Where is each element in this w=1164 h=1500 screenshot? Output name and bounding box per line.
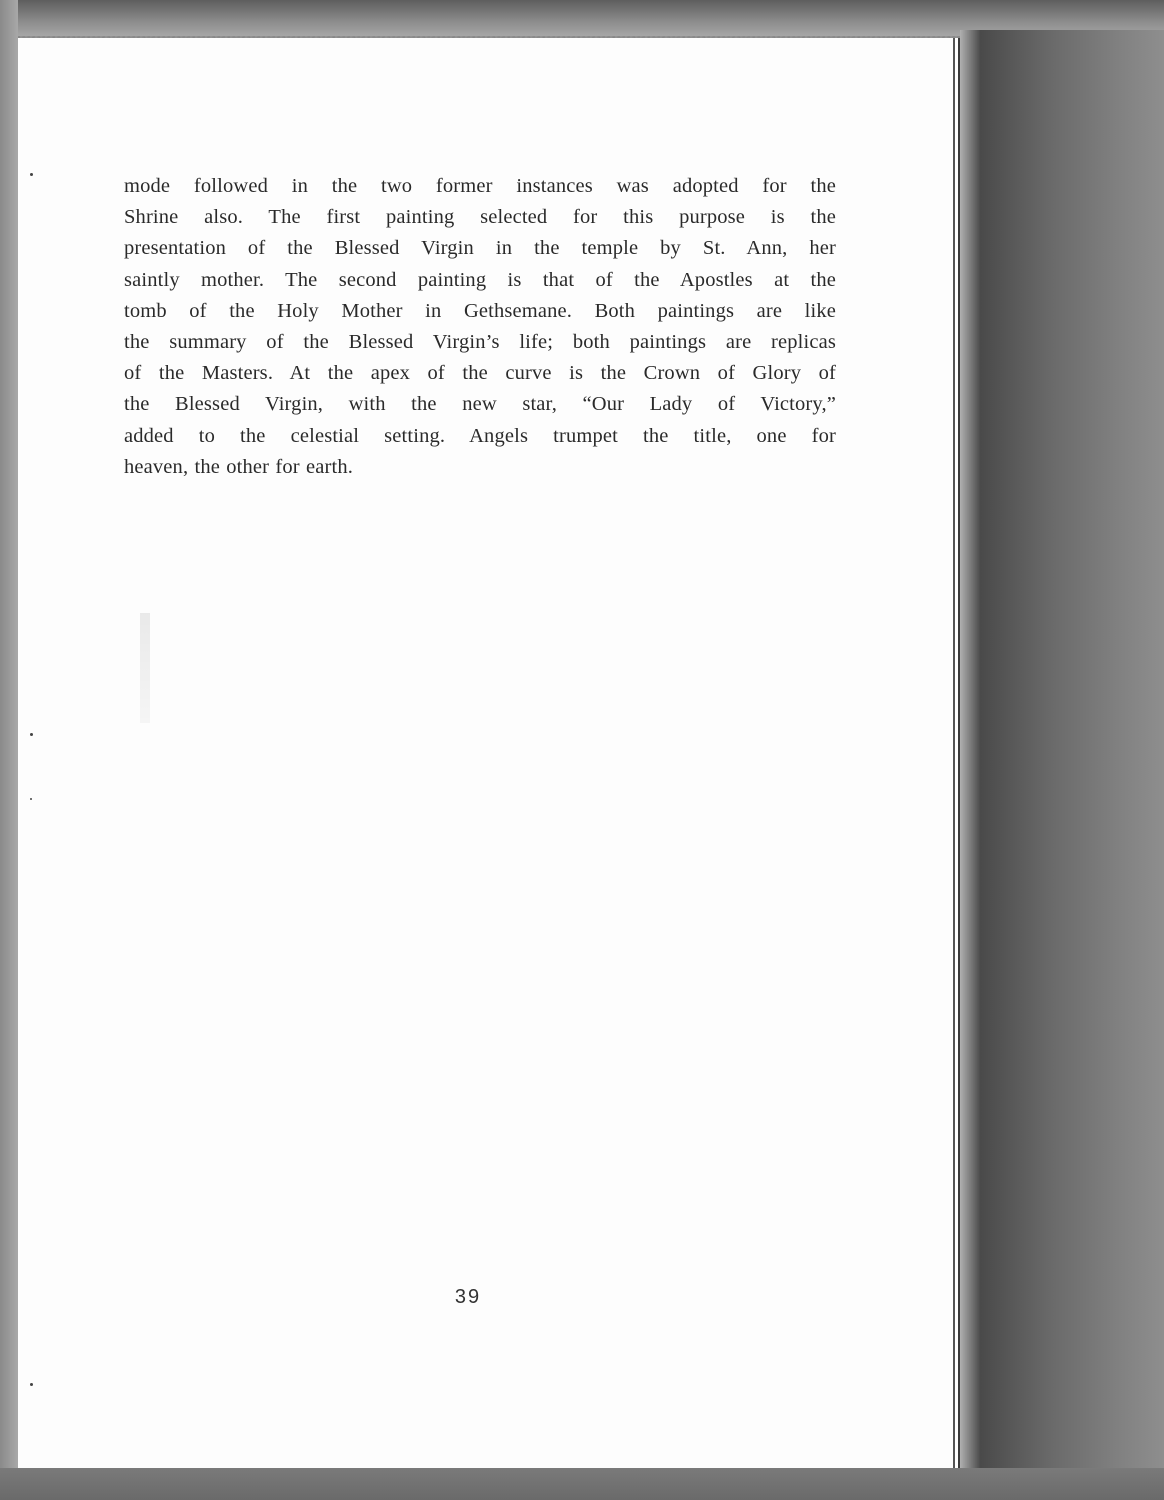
text-line: the summary of the Blessed Virgin’s life… [124,327,836,358]
text-line: mode followed in the two former instance… [124,171,836,202]
scan-speck [30,173,33,176]
scan-speck [30,1383,33,1386]
scan-border-left [0,0,18,1500]
scan-border-bottom [0,1468,1164,1500]
page-number: 39 [18,1286,918,1309]
text-line: the Blessed Virgin, with the new star, “… [124,389,836,420]
scan-speck [30,798,32,800]
text-line: tomb of the Holy Mother in Gethsemane. B… [124,296,836,327]
text-line: presentation of the Blessed Virgin in th… [124,233,836,264]
text-line: Shrine also. The first painting selected… [124,202,836,233]
faint-scan-mark [140,613,150,723]
text-line: saintly mother. The second painting is t… [124,265,836,296]
body-paragraph: mode followed in the two former instance… [124,171,836,483]
text-line: of the Masters. At the apex of the curve… [124,358,836,389]
book-page: mode followed in the two former instance… [18,38,960,1468]
scan-speck [30,733,33,736]
text-line: heaven, the other for earth. [124,452,836,483]
text-line: added to the celestial setting. Angels t… [124,421,836,452]
scan-shadow-right [960,30,1164,1475]
